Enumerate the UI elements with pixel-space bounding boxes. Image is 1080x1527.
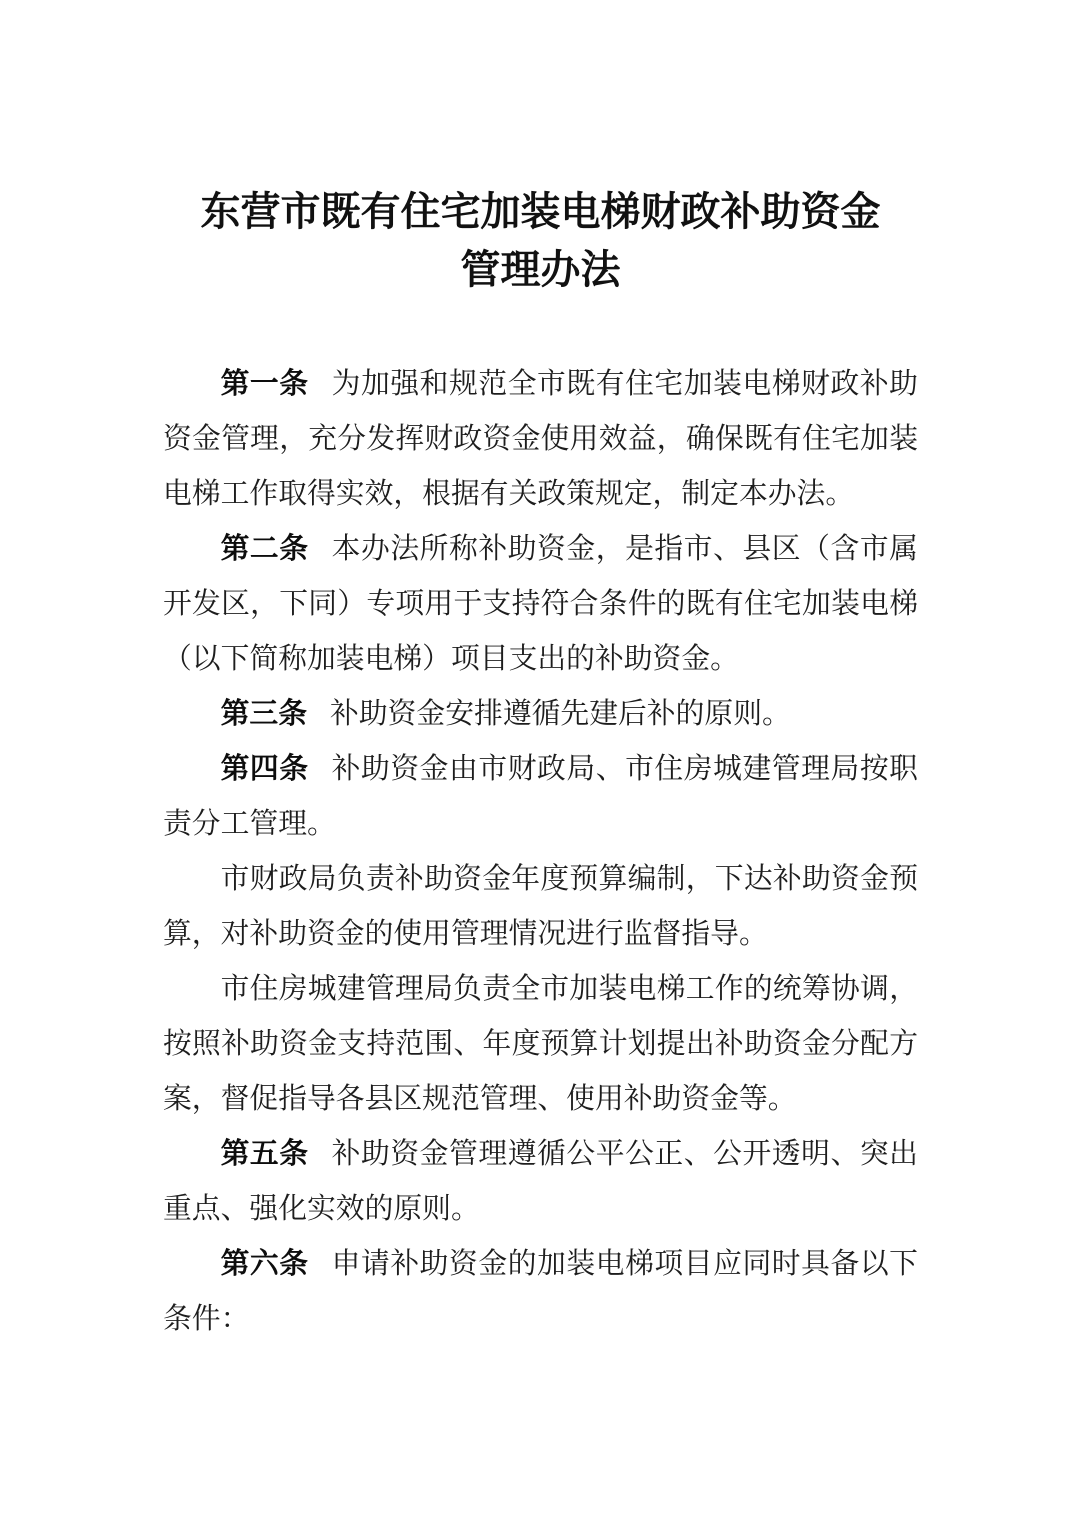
- article-paragraph: 第五条补助资金管理遵循公平公正、公开透明、突出重点、强化实效的原则。: [163, 1127, 918, 1237]
- article-paragraph: 市财政局负责补助资金年度预算编制，下达补助资金预算，对补助资金的使用管理情况进行…: [163, 852, 918, 962]
- article-number-label: 第二条: [221, 533, 309, 565]
- article-paragraph: 市住房城建管理局负责全市加装电梯工作的统筹协调，按照补助资金支持范围、年度预算计…: [163, 962, 918, 1127]
- document-page: 东营市既有住宅加装电梯财政补助资金 管理办法 第一条为加强和规范全市既有住宅加装…: [0, 0, 1080, 1527]
- title-line-2: 管理办法: [163, 241, 918, 299]
- article-number-label: 第五条: [221, 1138, 309, 1170]
- document-title: 东营市既有住宅加装电梯财政补助资金 管理办法: [163, 183, 918, 299]
- article-paragraph: 第三条补助资金安排遵循先建后补的原则。: [163, 687, 918, 742]
- article-paragraph: 第一条为加强和规范全市既有住宅加装电梯财政补助资金管理，充分发挥财政资金使用效益…: [163, 357, 918, 522]
- article-number-label: 第一条: [221, 368, 309, 400]
- article-paragraph: 第六条申请补助资金的加装电梯项目应同时具备以下条件：: [163, 1237, 918, 1347]
- article-number-label: 第三条: [221, 698, 307, 730]
- article-text: 市财政局负责补助资金年度预算编制，下达补助资金预算，对补助资金的使用管理情况进行…: [163, 863, 918, 950]
- article-number-label: 第四条: [221, 753, 309, 785]
- article-number-label: 第六条: [221, 1248, 309, 1280]
- document-body: 第一条为加强和规范全市既有住宅加装电梯财政补助资金管理，充分发挥财政资金使用效益…: [163, 357, 918, 1347]
- article-text: 补助资金安排遵循先建后补的原则。: [330, 698, 791, 730]
- title-line-1: 东营市既有住宅加装电梯财政补助资金: [163, 183, 918, 241]
- article-paragraph: 第四条补助资金由市财政局、市住房城建管理局按职责分工管理。: [163, 742, 918, 852]
- article-paragraph: 第二条本办法所称补助资金，是指市、县区（含市属开发区，下同）专项用于支持符合条件…: [163, 522, 918, 687]
- article-text: 市住房城建管理局负责全市加装电梯工作的统筹协调，按照补助资金支持范围、年度预算计…: [163, 973, 918, 1115]
